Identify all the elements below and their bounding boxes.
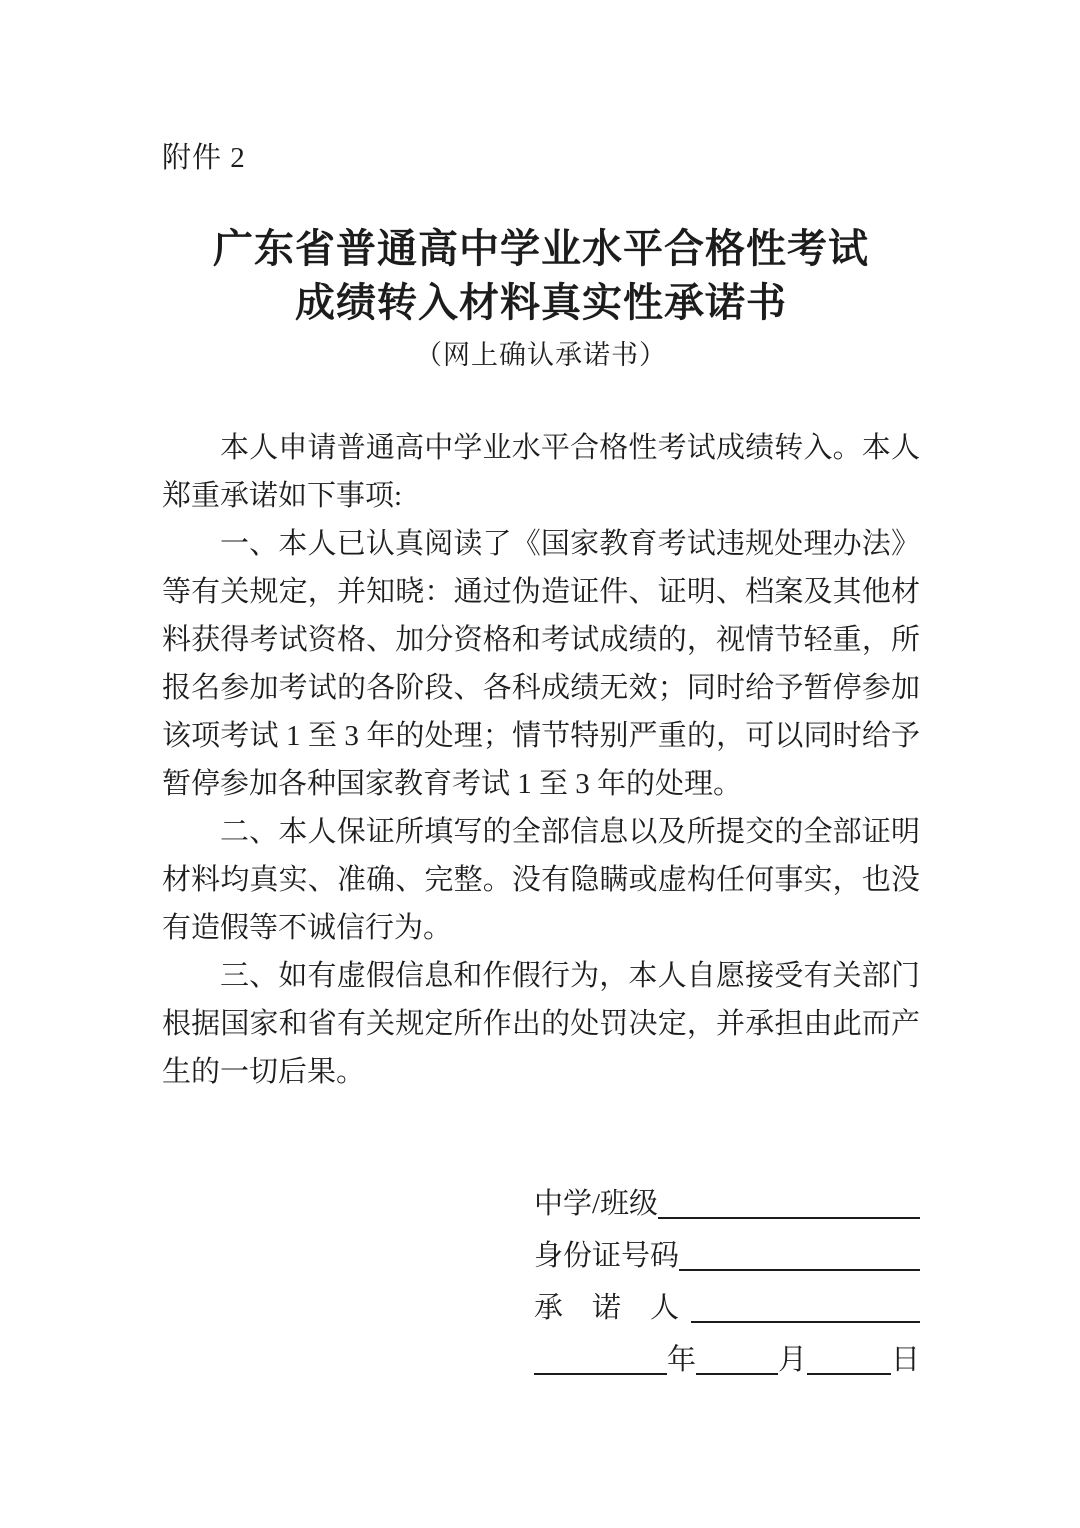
body-paragraph: 三、如有虚假信息和作假行为，本人自愿接受有关部门根据国家和省有关规定所作出的处罚… <box>162 952 920 1096</box>
id-number-row: 身份证号码 <box>534 1230 920 1282</box>
title-line-2: 成绩转入材料真实性承诺书 <box>162 276 920 330</box>
month-underline <box>696 1372 778 1375</box>
document-body: 本人申请普通高中学业水平合格性考试成绩转入。本人郑重承诺如下事项: 一、本人已认… <box>162 424 920 1096</box>
month-label: 月 <box>778 1334 807 1386</box>
document-subtitle: （网上确认承诺书） <box>162 336 920 374</box>
day-label: 日 <box>891 1334 920 1386</box>
promiser-underline <box>691 1320 920 1323</box>
body-paragraph: 一、本人已认真阅读了《国家教育考试违规处理办法》等有关规定，并知晓：通过伪造证件… <box>162 520 920 808</box>
year-underline <box>534 1372 667 1375</box>
school-class-underline <box>658 1216 920 1219</box>
signature-block: 中学/班级 身份证号码 承 诺 人 年 月 日 <box>534 1178 920 1386</box>
year-label: 年 <box>667 1334 696 1386</box>
promiser-row: 承 诺 人 <box>534 1282 920 1334</box>
school-class-label: 中学/班级 <box>534 1178 658 1230</box>
document-page: 附件 2 广东省普通高中学业水平合格性考试 成绩转入材料真实性承诺书 （网上确认… <box>0 0 1080 1528</box>
title-line-1: 广东省普通高中学业水平合格性考试 <box>162 222 920 276</box>
id-number-label: 身份证号码 <box>534 1230 679 1282</box>
document-title: 广东省普通高中学业水平合格性考试 成绩转入材料真实性承诺书 <box>162 222 920 330</box>
school-class-row: 中学/班级 <box>534 1178 920 1230</box>
id-number-underline <box>679 1268 920 1271</box>
promiser-label: 承 诺 人 <box>534 1282 679 1334</box>
body-paragraph: 二、本人保证所填写的全部信息以及所提交的全部证明材料均真实、准确、完整。没有隐瞒… <box>162 808 920 952</box>
day-underline <box>807 1372 891 1375</box>
attachment-label: 附件 2 <box>162 140 920 176</box>
date-row: 年 月 日 <box>534 1334 920 1386</box>
body-paragraph: 本人申请普通高中学业水平合格性考试成绩转入。本人郑重承诺如下事项: <box>162 424 920 520</box>
